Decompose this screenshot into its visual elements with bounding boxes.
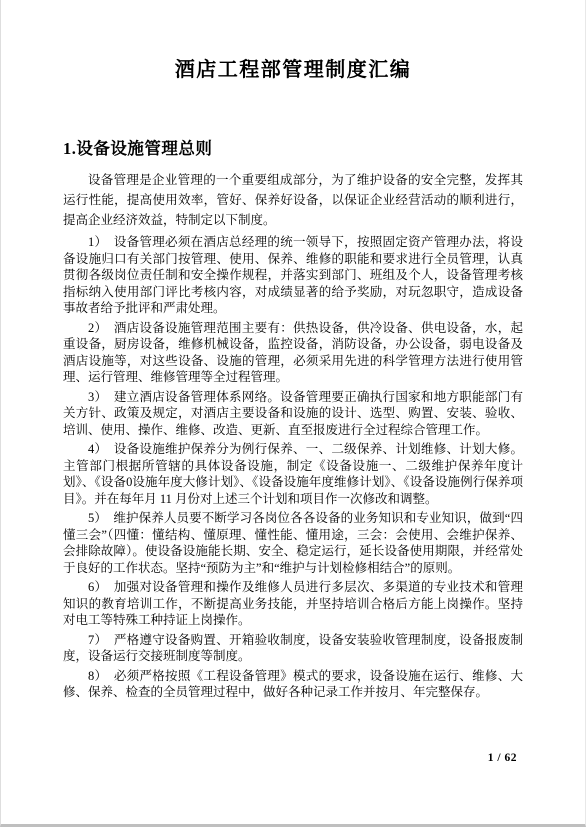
document-title: 酒店工程部管理制度汇编 — [63, 53, 523, 82]
paragraph-item-3: 3） 建立酒店设备管理体系网络。设备管理要正确执行国家和地方职能部门有关方针、政… — [63, 389, 523, 439]
paragraph-intro: 设备管理是企业管理的一个重要组成部分，为了维护设备的安全完整，发挥其运行性能，提… — [63, 170, 523, 230]
paragraph-item-4: 4） 设备设施维护保养分为例行保养、一、二级保养、计划维修、计划大修。主管部门根… — [63, 441, 523, 507]
paragraph-item-2: 2） 酒店设备设施管理范围主要有：供热设备，供冷设备、供电设备，水，起重设备，厨… — [63, 320, 523, 386]
paragraph-item-1: 1） 设备管理必须在酒店总经理的统一领导下，按照固定资产管理办法，将设备设施归口… — [63, 234, 523, 317]
paragraph-item-6: 6） 加强对设备管理和操作及维修人员进行多层次、多渠道的专业技术和管理知识的教育… — [63, 579, 523, 629]
page-number: 1 / 62 — [488, 752, 517, 764]
document-page: 酒店工程部管理制度汇编 1.设备设施管理总则 设备管理是企业管理的一个重要组成部… — [0, 0, 586, 827]
paragraph-item-7: 7） 严格遵守设备购置、开箱验收制度，设备安装验收管理制度，设备报废制度，设备运… — [63, 632, 523, 665]
document-body: 设备管理是企业管理的一个重要组成部分，为了维护设备的安全完整，发挥其运行性能，提… — [63, 170, 523, 701]
paragraph-item-5: 5） 维护保养人员要不断学习各岗位各各设备的业务知识和专业知识，做到“四懂三会”… — [63, 510, 523, 576]
paragraph-item-8: 8） 必须严格按照《工程设备管理》模式的要求，设备设施在运行、维修、大修、保养、… — [63, 668, 523, 701]
section-heading: 1.设备设施管理总则 — [63, 135, 523, 159]
